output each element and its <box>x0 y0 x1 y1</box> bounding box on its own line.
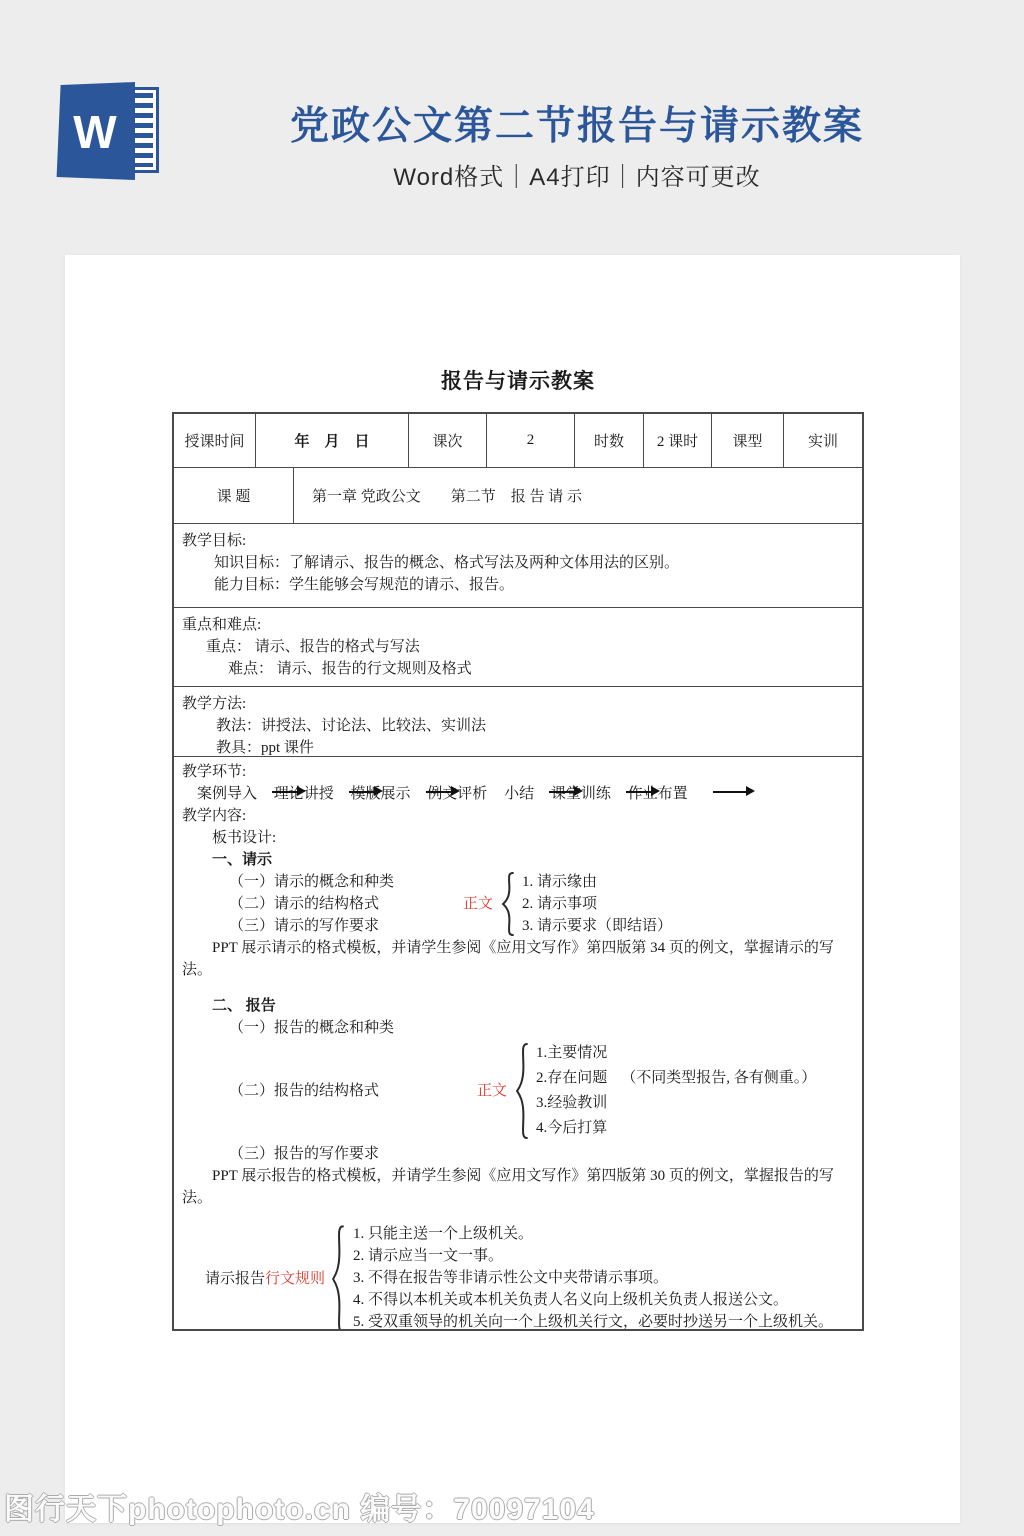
rule-item: 5. 受双重领导的机关向一个上级机关行文，必要时抄送另一个上级机关。 <box>353 1311 833 1329</box>
methods-row: 教学方法: 教法：讲授法、讨论法、比较法、实训法 教具：ppt 课件 <box>174 687 862 757</box>
flow-arrow-icon <box>349 785 383 798</box>
brace-item: 2.存在问题 <box>536 1070 607 1086</box>
cell-time-label: 授课时间 <box>174 414 256 467</box>
banner-title: 党政公文第二节报告与请示教案 <box>130 95 1024 151</box>
lesson-plan-table: 授课时间 年 月 日 课次 2 时数 2 课时 课型 实训 课 题 第一章 党政… <box>172 412 864 1331</box>
topic-label: 课 题 <box>174 468 294 523</box>
document-title: 报告与请示教案 <box>172 365 864 395</box>
objectives-heading: 教学目标: <box>182 530 854 552</box>
key-points-line2: 难点： 请示、报告的行文规则及格式 <box>182 658 854 680</box>
env-heading: 教学环节: <box>182 761 854 783</box>
key-points-line1: 重点： 请示、报告的格式与写法 <box>182 636 854 658</box>
methods-line1: 教法：讲授法、讨论法、比较法、实训法 <box>182 715 854 737</box>
section2-item2-wrap: （二）报告的结构格式 <box>229 1041 469 1141</box>
topic-value: 第一章 党政公文 第二节 报 告 请 示 <box>294 468 862 523</box>
main-content-cell: 教学环节: 案例导入 理论讲授 模版展示 例文评析 小结 课堂训练 作业布置 教… <box>174 757 862 1329</box>
section2-structure-group: （二）报告的结构格式 正文 1.主要情况 2.存在问题（不同类型报告, 各有侧重… <box>229 1041 854 1141</box>
section2-item1: （一）报告的概念和种类 <box>182 1017 854 1039</box>
key-points-heading: 重点和难点: <box>182 614 854 636</box>
rules-label-red: 行文规则 <box>265 1268 325 1290</box>
topic-row: 课 题 第一章 党政公文 第二节 报 告 请 示 <box>174 468 862 524</box>
brace-item: 2. 请示事项 <box>522 893 672 915</box>
brace-item: 3. 请示要求（即结语） <box>522 915 672 937</box>
section1-items: （一）请示的概念和种类 （二）请示的结构格式 （三）请示的写作要求 <box>229 871 455 937</box>
stage-label: 小结 <box>504 786 534 802</box>
objectives-row: 教学目标: 知识目标：了解请示、报告的概念、格式写法及两种文体用法的区别。 能力… <box>174 524 862 608</box>
rules-items: 1. 只能主送一个上级机关。 2. 请示应当一文一事。 3. 不得在报告等非请示… <box>353 1223 833 1329</box>
zhengwen-label: 正文 <box>455 871 501 937</box>
cell-type-label: 课型 <box>712 414 784 467</box>
section2-title: 二、 报告 <box>182 995 854 1017</box>
content-heading: 教学内容: <box>182 805 854 827</box>
objectives-line1: 知识目标：了解请示、报告的概念、格式写法及两种文体用法的区别。 <box>182 552 854 574</box>
side-note: （不同类型报告, 各有侧重。） <box>621 1070 816 1086</box>
section1-item3: （三）请示的写作要求 <box>229 915 455 937</box>
word-icon-letter: W <box>73 105 116 159</box>
cell-type-value: 实训 <box>784 414 862 467</box>
info-row: 授课时间 年 月 日 课次 2 时数 2 课时 课型 实训 <box>174 414 862 468</box>
rules-group: 请示报告行文规则 1. 只能主送一个上级机关。 2. 请示应当一文一事。 3. … <box>205 1223 854 1329</box>
curly-brace-icon <box>331 1223 345 1329</box>
word-icon-flap: W <box>55 82 135 180</box>
zhengwen-label: 正文 <box>469 1041 515 1141</box>
curly-brace-icon <box>501 871 515 937</box>
stage-label: 案例导入 <box>197 786 257 802</box>
section1-item2: （二）请示的结构格式 <box>229 893 455 915</box>
section1-title: 一、请示 <box>182 849 854 871</box>
methods-line2: 教具：ppt 课件 <box>182 737 854 759</box>
section1-item1: （一）请示的概念和种类 <box>229 871 455 893</box>
flow-arrow-icon <box>626 785 660 798</box>
key-points-cell: 重点和难点: 重点： 请示、报告的格式与写法 难点： 请示、报告的行文规则及格式 <box>174 608 862 686</box>
section1-brace-items: 1. 请示缘由 2. 请示事项 3. 请示要求（即结语） <box>522 871 672 937</box>
flow-arrow-icon <box>549 785 583 798</box>
objectives-line2: 能力目标：学生能够会写规范的请示、报告。 <box>182 574 854 596</box>
brace-item: 1.主要情况 <box>536 1041 816 1066</box>
brace-item: 3.经验教训 <box>536 1091 816 1116</box>
section1-structure-group: （一）请示的概念和种类 （二）请示的结构格式 （三）请示的写作要求 正文 1. … <box>229 871 854 937</box>
brace-item: 4.今后打算 <box>536 1116 816 1141</box>
rule-item: 1. 只能主送一个上级机关。 <box>353 1223 833 1245</box>
flow-arrow-icon <box>272 785 306 798</box>
board-design: 板书设计: <box>182 827 854 849</box>
rule-item: 2. 请示应当一文一事。 <box>353 1245 833 1267</box>
rule-item: 4. 不得以本机关或本机关负责人名义向上级机关负责人报送公文。 <box>353 1289 833 1311</box>
brace-item-row: 2.存在问题（不同类型报告, 各有侧重。） <box>536 1066 816 1091</box>
key-points-row: 重点和难点: 重点： 请示、报告的格式与写法 难点： 请示、报告的行文规则及格式 <box>174 608 862 687</box>
banner-subtitle: Word格式｜A4打印｜内容可更改 <box>130 157 1024 192</box>
cell-hours-label: 时数 <box>575 414 644 467</box>
section2-paragraph: PPT 展示报告的格式模板，并请学生参阅《应用文写作》第四版第 30 页的例文，… <box>182 1165 854 1209</box>
document-page: 报告与请示教案 授课时间 年 月 日 课次 2 时数 2 课时 课型 实训 课 … <box>65 255 960 1523</box>
cell-lesson-no-value: 2 <box>487 414 575 467</box>
flow-arrow-icon <box>713 785 755 798</box>
methods-heading: 教学方法: <box>182 693 854 715</box>
section2-item2: （二）报告的结构格式 <box>229 1080 379 1102</box>
rules-label: 请示报告行文规则 <box>205 1223 325 1329</box>
section2-brace-items: 1.主要情况 2.存在问题（不同类型报告, 各有侧重。） 3.经验教训 4.今后… <box>536 1041 816 1141</box>
cell-lesson-no-label: 课次 <box>409 414 487 467</box>
cell-date-value: 年 月 日 <box>256 414 409 467</box>
flow-arrow-icon <box>426 785 460 798</box>
objectives-cell: 教学目标: 知识目标：了解请示、报告的概念、格式写法及两种文体用法的区别。 能力… <box>174 524 862 607</box>
brace-item: 1. 请示缘由 <box>522 871 672 893</box>
site-watermark: 图行天下photophoto.cn 编号：70097104 <box>4 1484 595 1528</box>
section1-paragraph: PPT 展示请示的格式模板，并请学生参阅《应用文写作》第四版第 34 页的例文，… <box>182 937 854 981</box>
curly-brace-icon <box>515 1041 529 1141</box>
rule-item: 3. 不得在报告等非请示性公文中夹带请示事项。 <box>353 1267 833 1289</box>
teaching-stages: 案例导入 理论讲授 模版展示 例文评析 小结 课堂训练 作业布置 <box>182 783 854 805</box>
main-content-row: 教学环节: 案例导入 理论讲授 模版展示 例文评析 小结 课堂训练 作业布置 教… <box>174 757 862 1329</box>
section2-item3: （三）报告的写作要求 <box>182 1143 854 1165</box>
methods-cell: 教学方法: 教法：讲授法、讨论法、比较法、实训法 教具：ppt 课件 <box>174 687 862 756</box>
rules-label-black: 请示报告 <box>205 1268 265 1290</box>
cell-hours-value: 2 课时 <box>644 414 712 467</box>
